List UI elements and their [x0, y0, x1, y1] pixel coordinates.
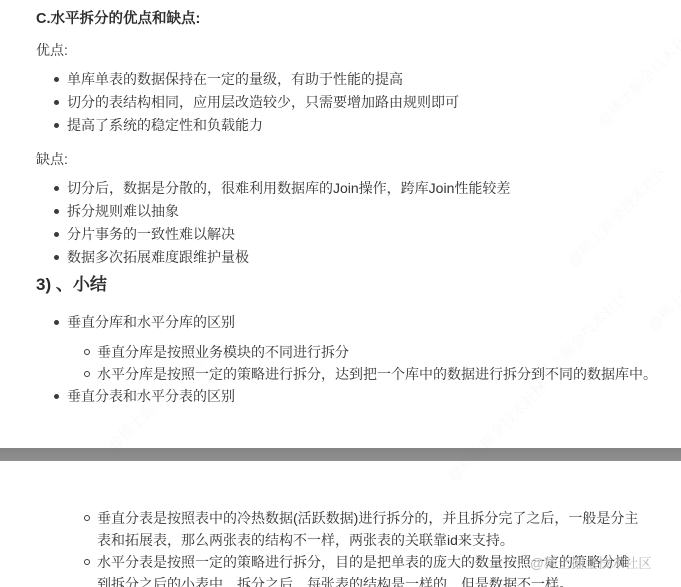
- advantages-label: 优点:: [36, 43, 681, 58]
- list-item-text: 垂直分表是按照表中的冷热数据(活跃数据)进行拆分的，并且拆分完了之后，一般是分主…: [97, 510, 638, 548]
- list-item: 垂直分库和水平分库的区别 垂直分库是按照业务模块的不同进行拆分 水平分库是按照一…: [53, 311, 681, 385]
- list-item: 垂直分表和水平分表的区别: [53, 385, 681, 408]
- list-item-text: 拆分规则难以抽象: [67, 203, 179, 219]
- bullet-icon: [54, 320, 59, 325]
- list-item-text: 数据多次拓展难度跟维护量极: [67, 249, 249, 265]
- list-item-text: 切分后，数据是分散的，很难利用数据库的Join操作，跨库Join性能较差: [67, 180, 510, 196]
- list-item: 分片事务的一致性难以解决: [53, 223, 681, 246]
- list-item: 数据多次拓展难度跟维护量极: [53, 246, 681, 269]
- bullet-icon: [54, 255, 59, 260]
- bullet-icon: [54, 77, 59, 82]
- list-item-text: 分片事务的一致性难以解决: [67, 226, 235, 242]
- disadvantages-label: 缺点:: [36, 152, 681, 167]
- circle-bullet-icon: [84, 559, 90, 565]
- advantages-list: 单库单表的数据保持在一定的量级，有助于性能的提高 切分的表结构相同，应用层改造较…: [53, 68, 681, 137]
- document-page: C.水平拆分的优点和缺点: 优点: 单库单表的数据保持在一定的量级，有助于性能的…: [0, 0, 681, 587]
- circle-bullet-icon: [84, 515, 90, 521]
- list-item-text: 单库单表的数据保持在一定的量级，有助于性能的提高: [67, 71, 403, 87]
- watermark-text: @稀土掘金技术社区: [530, 552, 652, 572]
- bullet-icon: [54, 100, 59, 105]
- list-item: 单库单表的数据保持在一定的量级，有助于性能的提高: [53, 68, 681, 91]
- circle-bullet-icon: [84, 371, 90, 377]
- list-item-text: 垂直分表和水平分表的区别: [67, 388, 235, 404]
- list-item: 拆分规则难以抽象: [53, 200, 681, 223]
- list-item-text: 提高了系统的稳定性和负载能力: [67, 117, 263, 133]
- summary-heading: 3) 、小结: [36, 274, 681, 295]
- summary-list: 垂直分库和水平分库的区别 垂直分库是按照业务模块的不同进行拆分 水平分库是按照一…: [53, 311, 681, 408]
- bullet-icon: [54, 394, 59, 399]
- list-item: 垂直分表是按照表中的冷热数据(活跃数据)进行拆分的，并且拆分完了之后，一般是分主…: [84, 507, 640, 551]
- bullet-icon: [54, 209, 59, 214]
- list-item-text: 水平分库是按照一定的策略进行拆分，达到把一个库中的数据进行拆分到不同的数据库中。: [97, 366, 657, 382]
- list-item: 水平分库是按照一定的策略进行拆分，达到把一个库中的数据进行拆分到不同的数据库中。: [84, 363, 681, 385]
- list-item-text: 垂直分库和水平分库的区别: [67, 314, 235, 330]
- list-item-text: 切分的表结构相同，应用层改造较少，只需要增加路由规则即可: [67, 94, 459, 110]
- list-item: 切分的表结构相同，应用层改造较少，只需要增加路由规则即可: [53, 91, 681, 114]
- circle-bullet-icon: [84, 349, 90, 355]
- bullet-icon: [54, 123, 59, 128]
- section-title: C.水平拆分的优点和缺点:: [36, 11, 681, 28]
- disadvantages-list: 切分后，数据是分散的，很难利用数据库的Join操作，跨库Join性能较差 拆分规…: [53, 177, 681, 269]
- section-divider: [0, 448, 681, 461]
- list-item: 垂直分库是按照业务模块的不同进行拆分: [84, 341, 681, 363]
- bullet-icon: [54, 186, 59, 191]
- summary-sublist: 垂直分库是按照业务模块的不同进行拆分 水平分库是按照一定的策略进行拆分，达到把一…: [84, 341, 681, 385]
- list-item: 切分后，数据是分散的，很难利用数据库的Join操作，跨库Join性能较差: [53, 177, 681, 200]
- list-item: 提高了系统的稳定性和负载能力: [53, 114, 681, 137]
- continued-sublist: 垂直分表是按照表中的冷热数据(活跃数据)进行拆分的，并且拆分完了之后，一般是分主…: [84, 507, 640, 587]
- list-item-text: 垂直分库是按照业务模块的不同进行拆分: [97, 344, 349, 360]
- bullet-icon: [54, 232, 59, 237]
